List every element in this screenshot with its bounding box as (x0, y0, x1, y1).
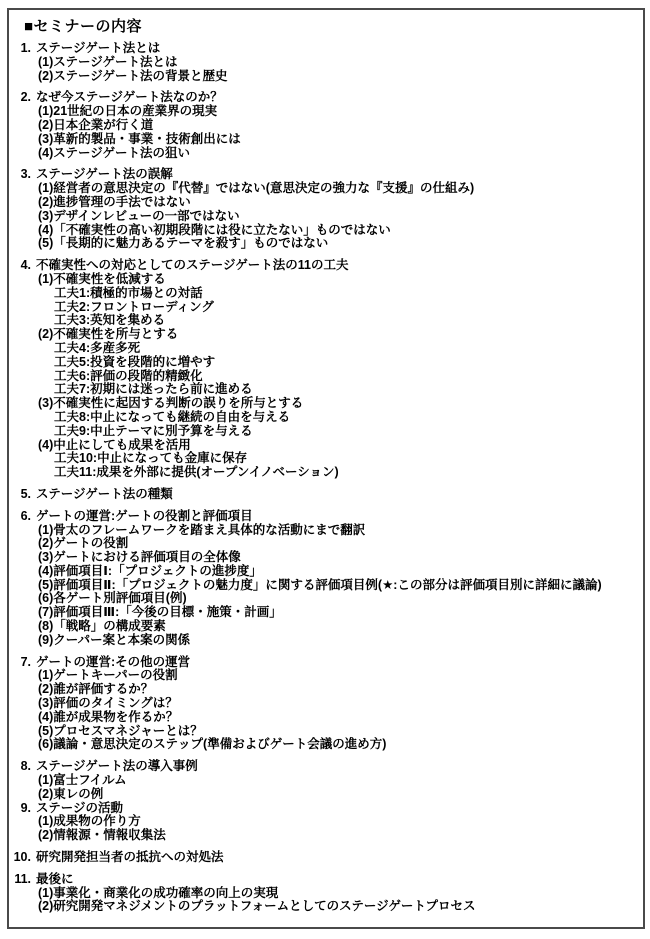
section-number: 5. (11, 488, 31, 502)
outline-item: (3)評価のタイミングは？ (9, 697, 637, 711)
section-heading: 4.不確実性への対応としてのステージゲート法の11の工夫 (9, 259, 637, 273)
outline-item: 工夫4:多産多死 (9, 342, 637, 356)
outline-item: (3)革新的製品・事業・技術創出には (9, 133, 637, 147)
section-heading: 6.ゲートの運営:ゲートの役割と評価項目 (9, 510, 637, 524)
section-number: 9. (11, 802, 31, 816)
section-number: 4. (11, 259, 31, 273)
outline-item: 工夫1:積極的市場との対話 (9, 287, 637, 301)
outline-section: 5.ステージゲート法の種類 (9, 488, 637, 502)
outline-item: 工夫8:中止になっても継続の自由を与える (9, 411, 637, 425)
outline-section: 9.ステージの活動(1)成果物の作り方(2)情報源・情報収集法 (9, 802, 637, 843)
outline-item: (1)不確実性を低減する (9, 273, 637, 287)
section-number: 11. (11, 873, 31, 887)
outline-section: 7.ゲートの運営:その他の運営(1)ゲートキーパーの役割(2)誰が評価するか？(… (9, 656, 637, 753)
section-heading: 1.ステージゲート法とは (9, 42, 637, 56)
outline-item: (2)不確実性を所与とする (9, 328, 637, 342)
outline-section: 4.不確実性への対応としてのステージゲート法の11の工夫(1)不確実性を低減する… (9, 259, 637, 480)
section-heading: 8.ステージゲート法の導入事例 (9, 760, 637, 774)
outline-item: 工夫11:成果を外部に提供(オープンイノベーション) (9, 466, 637, 480)
outline-item: (3)ゲートにおける評価項目の全体像 (9, 551, 637, 565)
outline-item: (2)ステージゲート法の背景と歴史 (9, 70, 637, 84)
seminar-outline: 1.ステージゲート法とは(1)ステージゲート法とは(2)ステージゲート法の背景と… (9, 42, 637, 914)
section-number: 6. (11, 510, 31, 524)
outline-section: 10.研究開発担当者の抵抗への対処法 (9, 851, 637, 865)
section-title: 最後に (36, 873, 74, 887)
outline-section: 8.ステージゲート法の導入事例(1)富士フイルム(2)東レの例 (9, 760, 637, 801)
outline-item: (5)「長期的に魅力あるテーマを殺す」ものではない (9, 237, 637, 251)
outline-item: (4)誰が成果物を作るか？ (9, 711, 637, 725)
outline-item: 工夫5:投資を段階的に増やす (9, 356, 637, 370)
section-number: 3. (11, 168, 31, 182)
section-heading: 5.ステージゲート法の種類 (9, 488, 637, 502)
section-number: 1. (11, 42, 31, 56)
section-title: ステージゲート法の種類 (36, 488, 173, 502)
section-title: ステージゲート法とは (36, 42, 160, 56)
section-title: ステージゲート法の導入事例 (36, 760, 198, 774)
outline-item: (2)東レの例 (9, 788, 637, 802)
outline-item: (2)情報源・情報収集法 (9, 829, 637, 843)
outline-item: (4)ステージゲート法の狙い (9, 147, 637, 161)
outline-section: 1.ステージゲート法とは(1)ステージゲート法とは(2)ステージゲート法の背景と… (9, 42, 637, 83)
section-heading: 10.研究開発担当者の抵抗への対処法 (9, 851, 637, 865)
outline-item: (2)日本企業が行く道 (9, 119, 637, 133)
outline-item: (2)進捗管理の手法ではない (9, 196, 637, 210)
outline-item: (1)経営者の意思決定の『代替』ではない(意思決定の強力な『支援』の仕組み) (9, 182, 637, 196)
outline-item: (1)21世紀の日本の産業界の現実 (9, 105, 637, 119)
outline-item: (9)クーパー案と本案の関係 (9, 634, 637, 648)
outline-section: 2.なぜ今ステージゲート法なのか？(1)21世紀の日本の産業界の現実(2)日本企… (9, 91, 637, 160)
section-heading: 11.最後に (9, 873, 637, 887)
outline-item: (6)議論・意思決定のステップ(準備およびゲート会議の進め方) (9, 738, 637, 752)
section-number: 2. (11, 91, 31, 105)
outline-item: (7)評価項目Ⅲ:「今後の目標・施策・計画」 (9, 606, 637, 620)
outline-item: (1)富士フイルム (9, 774, 637, 788)
outline-item: (2)研究開発マネジメントのプラットフォームとしてのステージゲートプロセス (9, 900, 637, 914)
outline-item: (3)デザインレビューの一部ではない (9, 210, 637, 224)
outline-item: (4)評価項目Ⅰ:「プロジェクトの進捗度」 (9, 565, 637, 579)
section-title: ゲートの運営:ゲートの役割と評価項目 (36, 510, 253, 524)
outline-item: 工夫9:中止テーマに別予算を与える (9, 425, 637, 439)
outline-section: 6.ゲートの運営:ゲートの役割と評価項目(1)骨太のフレームワークを踏まえ具体的… (9, 510, 637, 648)
outline-item: (1)ステージゲート法とは (9, 56, 637, 70)
section-number: 8. (11, 760, 31, 774)
document-page: ■セミナーの内容 1.ステージゲート法とは(1)ステージゲート法とは(2)ステー… (7, 8, 645, 929)
section-number: 7. (11, 656, 31, 670)
outline-section: 3.ステージゲート法の誤解(1)経営者の意思決定の『代替』ではない(意思決定の強… (9, 168, 637, 251)
outline-item: (2)誰が評価するか？ (9, 683, 637, 697)
outline-item: (3)不確実性に起因する判断の誤りを所与とする (9, 397, 637, 411)
outline-section: 11.最後に(1)事業化・商業化の成功確率の向上の実現(2)研究開発マネジメント… (9, 873, 637, 914)
section-title: 不確実性への対応としてのステージゲート法の11の工夫 (36, 259, 348, 273)
page-title: ■セミナーの内容 (24, 18, 637, 35)
section-title: 研究開発担当者の抵抗への対処法 (36, 851, 224, 865)
outline-item: (8)「戦略」の構成要素 (9, 620, 637, 634)
section-number: 10. (11, 851, 31, 865)
